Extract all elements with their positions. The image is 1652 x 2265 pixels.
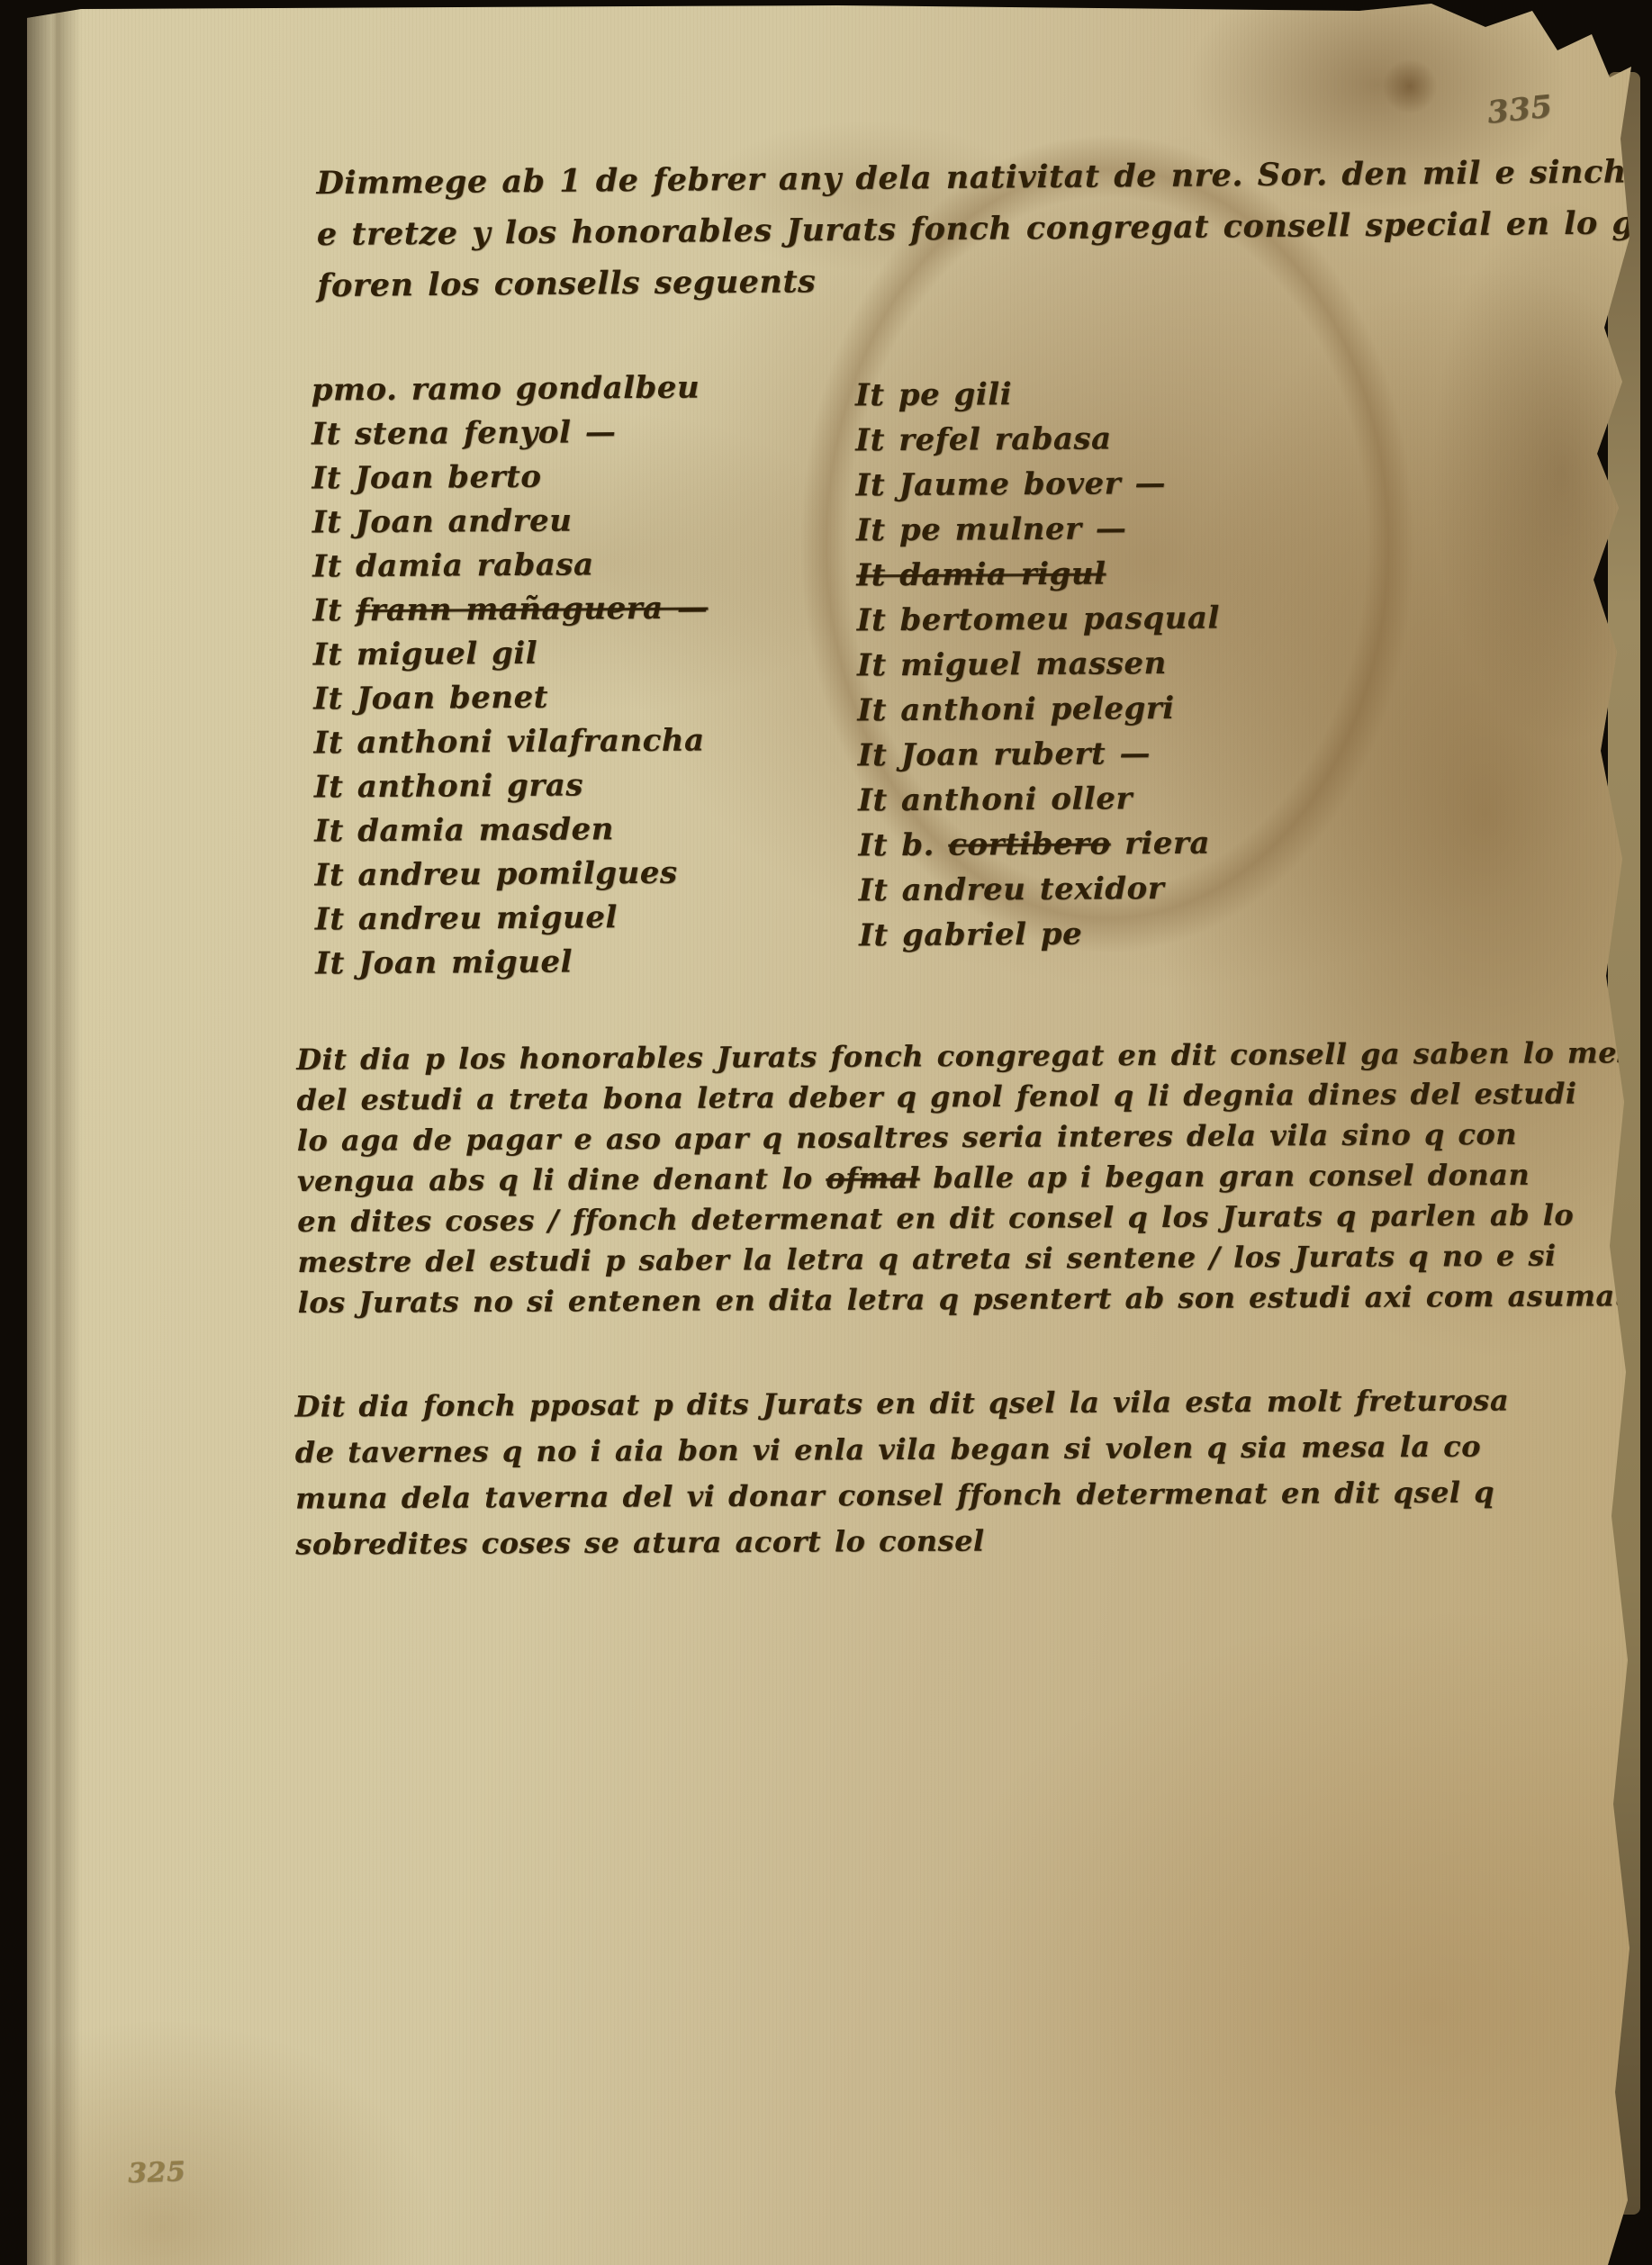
council-member-entry: It gabriel pe bbox=[859, 916, 1223, 963]
council-member-entry: It b. cortibero riera bbox=[858, 826, 1222, 873]
paragraph-line: sobredites coses se atura acort lo conse… bbox=[295, 1521, 1510, 1573]
council-member-entry: It damia masden bbox=[314, 810, 709, 857]
paragraph-line: Dit dia p los honorables Jurats fonch co… bbox=[296, 1035, 1652, 1083]
council-member-entry: It Joan andreu bbox=[312, 501, 708, 548]
paragraph-line: en dites coses / ffonch determenat en di… bbox=[297, 1197, 1652, 1245]
council-member-entry: It Jaume bover — bbox=[855, 465, 1219, 513]
paragraph-line: del estudi a treta bona letra deber q gn… bbox=[296, 1076, 1652, 1123]
council-member-entry: It frann mañaguera — bbox=[312, 590, 708, 636]
paragraph-line: de tavernes q no i aia bon vi enla vila … bbox=[295, 1429, 1510, 1481]
council-member-entry: It miguel massen bbox=[857, 645, 1221, 693]
council-member-entry: It anthoni pelegri bbox=[857, 690, 1221, 738]
council-member-entry: It stena fenyol — bbox=[311, 413, 707, 460]
council-member-entry: It bertomeu pasqual bbox=[856, 600, 1220, 648]
council-member-entry: pmo. ramo gondalbeu bbox=[311, 369, 707, 416]
resolution-paragraph-taverna: Dit dia fonch pposat p dits Jurats en di… bbox=[294, 1383, 1510, 1573]
paragraph-line: lo aga de pagar e aso apar q nosaltres s… bbox=[297, 1116, 1652, 1164]
council-member-entry: It refel rabasa bbox=[855, 420, 1219, 468]
resolution-paragraph-estudi: Dit dia p los honorables Jurats fonch co… bbox=[296, 1035, 1652, 1326]
council-member-entry: It andreu texidor bbox=[859, 871, 1223, 918]
paragraph-line: Dit dia fonch pposat p dits Jurats en di… bbox=[294, 1383, 1509, 1435]
council-member-entry: It damia rabasa bbox=[312, 546, 708, 592]
council-members-right-column: It pe giliIt refel rabasaIt Jaume bover … bbox=[855, 375, 1223, 963]
council-member-entry: It Joan rubert — bbox=[858, 735, 1222, 783]
council-member-entry: It damia rigul bbox=[856, 555, 1220, 603]
council-member-entry: It Joan berto bbox=[311, 457, 707, 504]
council-member-entry: It miguel gil bbox=[313, 634, 709, 681]
council-member-entry: It Joan miguel bbox=[315, 943, 710, 989]
council-member-entry: It anthoni vilafrancha bbox=[313, 722, 709, 769]
binding-gutter-shadow bbox=[27, 4, 126, 2265]
council-member-entry: It andreu miguel bbox=[315, 898, 710, 945]
council-member-entry: It anthoni oller bbox=[858, 781, 1222, 828]
folio-number-top-right: 335 bbox=[1485, 88, 1554, 131]
paragraph-line: mestre del estudi p saber la letra q atr… bbox=[297, 1238, 1652, 1286]
council-member-entry: It andreu pomilgues bbox=[314, 854, 709, 901]
paragraph-line: vengua abs q li dine denant lo ofmal bal… bbox=[297, 1157, 1652, 1205]
council-member-entry: It pe mulner — bbox=[856, 510, 1220, 558]
paragraph-line: los Jurats no si entenen en dita letra q… bbox=[298, 1278, 1652, 1326]
scanned-book-background: 335 Dimmege ab 1 de febrer any dela nati… bbox=[0, 0, 1652, 2265]
manuscript-page: 335 Dimmege ab 1 de febrer any dela nati… bbox=[27, 4, 1631, 2265]
page-number-bottom-left: 325 bbox=[127, 2156, 185, 2189]
council-member-entry: It anthoni gras bbox=[314, 766, 709, 813]
paragraph-line: muna dela taverna del vi donar consel ff… bbox=[295, 1475, 1510, 1527]
council-members-left-column: pmo. ramo gondalbeuIt stena fenyol —It J… bbox=[311, 369, 711, 989]
council-member-entry: It pe gili bbox=[855, 375, 1219, 423]
council-member-entry: It Joan benet bbox=[313, 678, 709, 725]
heading-paragraph: Dimmege ab 1 de febrer any dela nativita… bbox=[316, 152, 1652, 319]
